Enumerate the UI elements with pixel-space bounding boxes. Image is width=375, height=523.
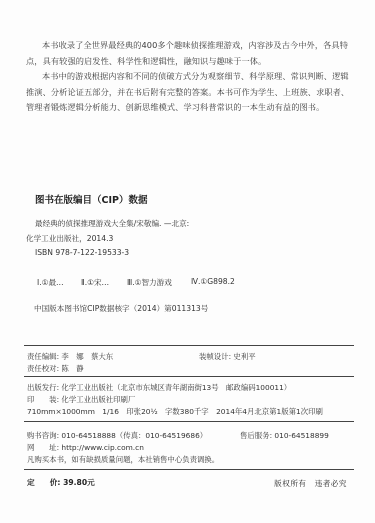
divider xyxy=(24,345,354,346)
proofreader-row: 责任校对: 陈 静 xyxy=(27,363,84,374)
editor-value: 李 娜 蔡大东 xyxy=(61,352,113,361)
cip-class-3: Ⅲ.①智力游戏 xyxy=(127,277,172,288)
publisher-row: 出版发行: 化学工业出版社（北京市东城区青年湖南街13号 邮政编码100011） xyxy=(27,382,291,393)
publisher-label: 出版发行: xyxy=(27,382,59,393)
website-row: 网 址: http://www.cip.com.cn xyxy=(27,442,144,453)
proofreader-label: 责任校对: xyxy=(27,363,59,374)
cip-book-title-line: 最经典的侦探推理游戏大全集/宋敬编. —北京: xyxy=(35,218,189,229)
cip-title: 图书在版编目（CIP）数据 xyxy=(35,192,147,206)
price-label: 定 价: xyxy=(27,478,60,487)
spec-row: 710mm×1000mm 1/16 印张20½ 字数380千字 2014年4月北… xyxy=(27,406,323,417)
printer-label: 印 装: xyxy=(27,394,59,405)
cip-record-number: 中国版本图书馆CIP数据核字（2014）第011313号 xyxy=(34,303,208,314)
website-link[interactable]: http://www.cip.com.cn xyxy=(61,443,143,452)
publisher-value: 化学工业出版社（北京市东城区青年湖南街13号 邮政编码100011） xyxy=(61,383,291,392)
copyright-page: 本书收录了全世界最经典的400多个趣味侦探推理游戏，内容涉及古今中外，各具特点，… xyxy=(0,0,375,523)
intro-paragraph-1: 本书收录了全世界最经典的400多个趣味侦探推理游戏，内容涉及古今中外，各具特点，… xyxy=(26,38,352,69)
cip-isbn-line: ISBN 978-7-122-19533-3 xyxy=(35,248,129,257)
intro-paragraph-2: 本书中的游戏根据内容和不同的侦破方式分为观察细节、科学原理、常识判断、逻辑推演、… xyxy=(26,69,352,116)
aftersale-row: 售后服务: 010-64518899 xyxy=(240,430,329,441)
aftersale-value: 010-64518899 xyxy=(274,431,328,440)
cip-class-2: Ⅱ.①宋… xyxy=(81,277,109,288)
editor-label: 责任编辑: xyxy=(27,351,59,362)
proofreader-value: 陈 静 xyxy=(61,364,83,373)
purchase-label: 购书咨询: xyxy=(27,430,59,441)
divider xyxy=(24,376,354,377)
aftersale-label: 售后服务: xyxy=(240,430,272,441)
printer-row: 印 装: 化学工业出版社印刷厂 xyxy=(27,394,135,405)
editor-row: 责任编辑: 李 娜 蔡大东 xyxy=(27,351,113,362)
purchase-row: 购书咨询: 010-64518888（传真：010-64519686） xyxy=(27,430,207,441)
divider xyxy=(24,421,354,422)
website-label: 网 址: xyxy=(27,442,59,453)
copyright-notice: 版权所有 违者必究 xyxy=(274,478,347,489)
design-row: 装帧设计: 史利平 xyxy=(199,351,256,362)
notice-row: 凡购买本书，如有缺损质量问题，本社销售中心负责调换。 xyxy=(27,454,219,465)
cip-class-4: Ⅳ.①G898.2 xyxy=(191,277,235,286)
cip-publisher-line: 化学工业出版社，2014.3 xyxy=(26,233,113,244)
printer-value: 化学工业出版社印刷厂 xyxy=(61,395,135,404)
purchase-value: 010-64518888（传真：010-64519686） xyxy=(61,431,207,440)
price-value: 39.80元 xyxy=(63,478,95,487)
design-label: 装帧设计: xyxy=(199,351,231,362)
price-row: 定 价: 39.80元 xyxy=(27,477,95,488)
divider xyxy=(24,469,354,470)
design-value: 史利平 xyxy=(233,352,255,361)
cip-class-1: Ⅰ.①最… xyxy=(37,277,64,288)
